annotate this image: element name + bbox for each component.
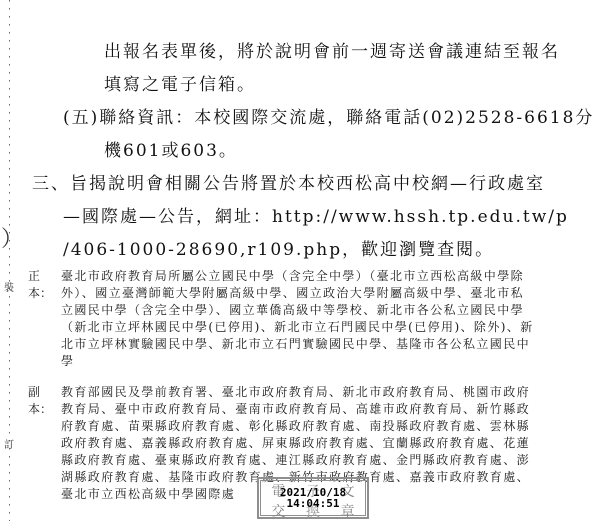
recipient-line: 學 bbox=[61, 353, 534, 370]
stamp-timestamp: 2021/10/18 14:04:51 bbox=[259, 479, 367, 517]
body-line: 三、旨揭說明會相關公告將置於本校西松高中校網—行政處室 bbox=[32, 168, 609, 201]
recipient-line: 教育部國民及學前教育署、臺北市政府教育局、新北市政府教育局、桃園市政府 bbox=[61, 384, 530, 401]
recipient-line: 臺北市政府教育局所屬公立國民中學（含完全中學）（臺北市立西松高級中學除 bbox=[61, 268, 534, 285]
recipient-line: 政府教育處、嘉義縣政府教育處、屏東縣政府教育處、宜蘭縣政府教育處、花蓮 bbox=[61, 435, 530, 452]
recipient-line: 外）、國立臺灣師範大學附屬高級中學、國立政治大學附屬高級中學、臺北市私 bbox=[61, 285, 534, 302]
body-line: 出報名表單後，將於說明會前一週寄送會議連結至報名 bbox=[104, 36, 609, 69]
body-line: 機601或603。 bbox=[104, 135, 609, 168]
recipient-line: 北市立坪林實驗國民中學、新北市立石門實驗國民中學、基隆市各公私立國民中 bbox=[61, 336, 534, 353]
body-line: 填寫之電子信箱。 bbox=[104, 69, 609, 102]
body-line: (五)聯絡資訊：本校國際交流處，聯絡電話(02)2528-6618分 bbox=[63, 102, 609, 135]
exchange-stamp: 電 子 文 交 換 章 2021/10/18 14:04:51 bbox=[257, 477, 369, 519]
original-recipient-block: 正本： 臺北市政府教育局所屬公立國民中學（含完全中學）（臺北市立西松高級中學除 … bbox=[28, 268, 599, 370]
recipient-line: （新北市立坪林國民中學(已停用)、新北市立石門國民中學(已停用)、除外)、新 bbox=[61, 319, 534, 336]
original-recipient-lines: 臺北市政府教育局所屬公立國民中學（含完全中學）（臺北市立西松高級中學除 外）、國… bbox=[61, 268, 534, 370]
body-line-url: —國際處—公告，網址：http://www.hssh.tp.edu.tw/p bbox=[63, 201, 609, 234]
original-recipient-label: 正本： bbox=[28, 268, 61, 302]
binding-char-top: 裝 bbox=[0, 283, 18, 295]
document-page: ） 裝 訂 出報名表單後，將於說明會前一週寄送會議連結至報名 填寫之電子信箱。 … bbox=[0, 0, 609, 521]
document-body: 出報名表單後，將於說明會前一週寄送會議連結至報名 填寫之電子信箱。 (五)聯絡資… bbox=[0, 36, 609, 267]
recipient-line: 教育局、臺中市政府教育局、臺南市政府教育局、高雄市政府教育局、新竹縣政 bbox=[61, 401, 530, 418]
body-line-url: /406-1000-28690,r109.php，歡迎瀏覽查閱。 bbox=[63, 234, 609, 267]
binding-char-bottom: 訂 bbox=[0, 440, 18, 452]
recipient-line: 立國民中學（含完全中學）、國立華僑高級中等學校、新北市各公私立國民中學 bbox=[61, 302, 534, 319]
copy-recipient-label: 副本： bbox=[28, 384, 61, 418]
recipient-line: 縣政府教育處、臺東縣政府教育處、連江縣政府教育處、金門縣政府教育處、澎 bbox=[61, 452, 530, 469]
stamp-time: 14:04:51 bbox=[287, 498, 340, 510]
recipient-line: 府教育處、苗栗縣政府教育處、彰化縣政府教育處、南投縣政府教育處、雲林縣 bbox=[61, 418, 530, 435]
